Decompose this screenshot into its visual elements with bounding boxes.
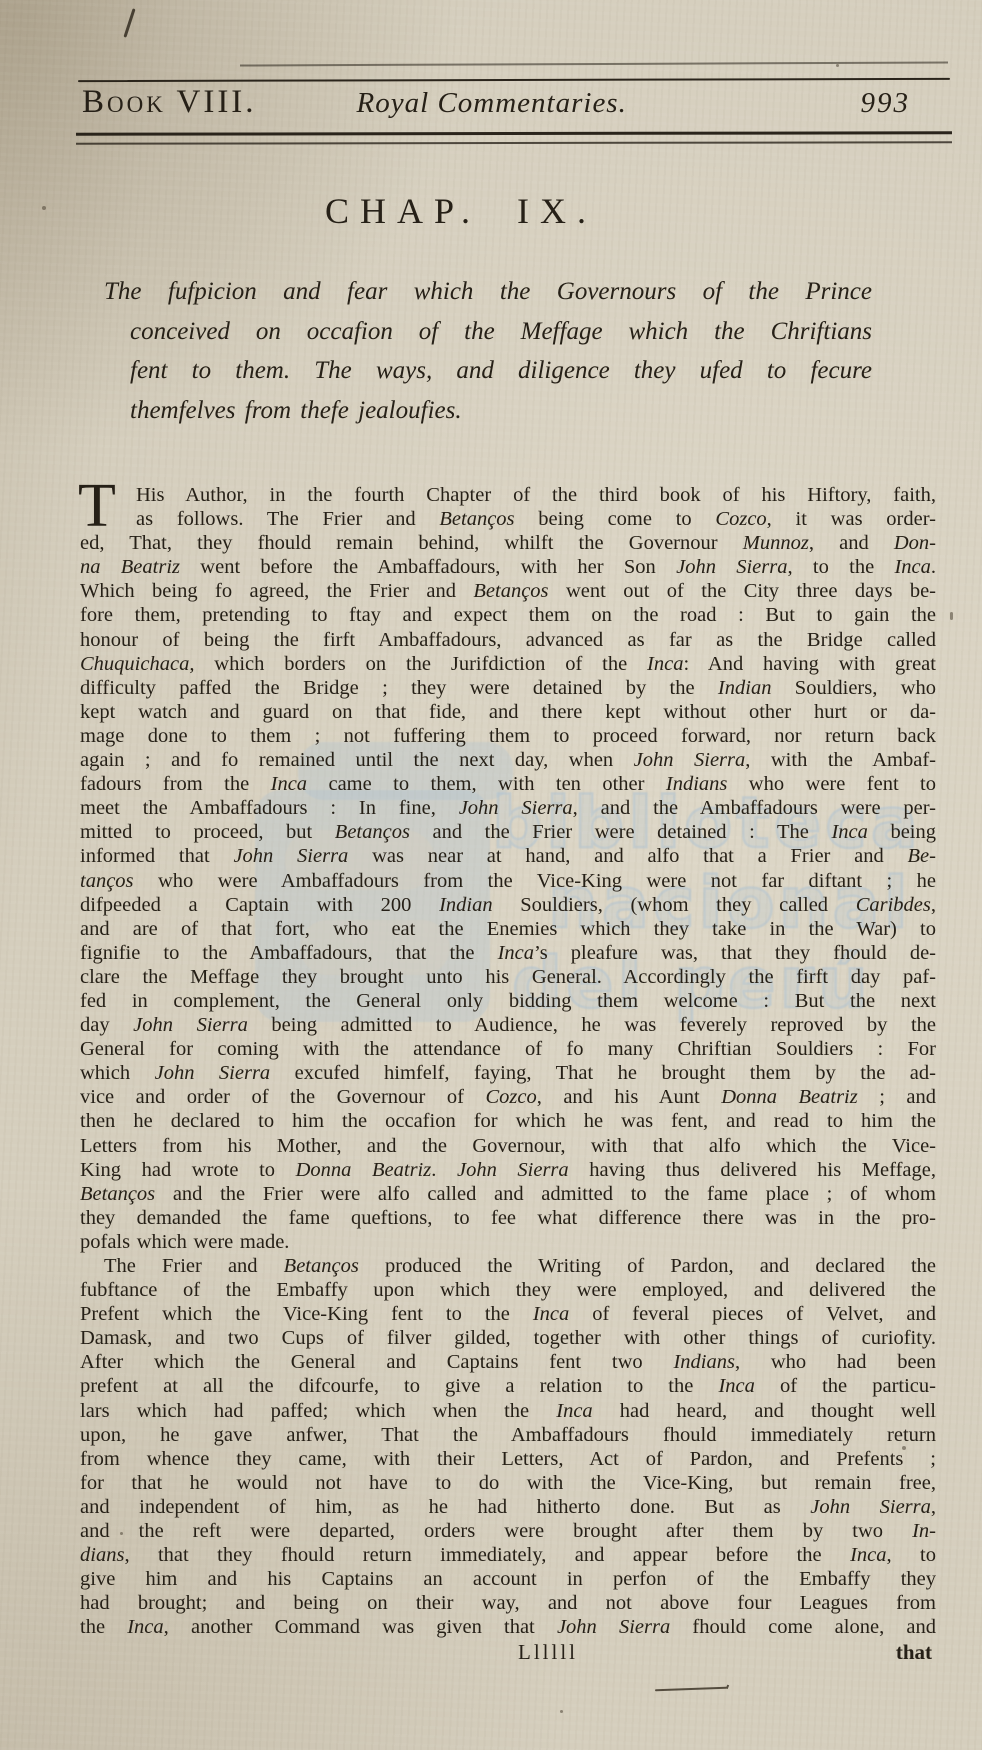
- italic-text-segment: tanços: [80, 870, 134, 892]
- italic-text-segment: Donna Beatriz: [721, 1086, 858, 1108]
- text-segment: fed in complement, the General only bidd…: [80, 990, 936, 1012]
- paper-speck: [836, 64, 839, 67]
- italic-text-segment: John Sierra: [810, 1496, 931, 1518]
- text-segment: Prefent which the Vice-King fent to the: [80, 1303, 533, 1325]
- text-segment: , that they fhould return immediately, a…: [124, 1544, 850, 1566]
- italic-text-segment: John Sierra: [155, 1062, 271, 1084]
- italic-text-segment: Chuquichaca,: [80, 653, 194, 675]
- text-line: Damask, and two Cups of filver gilded, t…: [80, 1326, 936, 1350]
- text-line: which John Sierra excufed himfelf, fayin…: [80, 1061, 936, 1085]
- text-segment: went out of the City three days be-: [549, 580, 936, 602]
- text-segment: fhould come alone, and: [670, 1616, 936, 1638]
- italic-text-segment: na Beatriz: [80, 556, 180, 578]
- italic-text-segment: Betanços: [439, 508, 514, 530]
- text-segment: who were Ambaffadours from the Vice-King…: [134, 870, 936, 892]
- italic-text-segment: Caribdes: [856, 894, 931, 916]
- text-line: General for coming with the attendance o…: [80, 1037, 936, 1061]
- text-line: themfelves from thefe jealoufies.: [104, 391, 872, 431]
- text-segment: , with the Ambaf-: [745, 749, 936, 771]
- text-segment: ; and: [858, 1086, 936, 1108]
- text-line: kept watch and guard on that fide, and t…: [80, 700, 936, 724]
- text-segment: fent to them. The ways, and diligence th…: [130, 357, 872, 384]
- text-segment: which borders on the Jurifdiction of the: [194, 653, 647, 675]
- text-segment: King had wrote to: [80, 1159, 296, 1181]
- text-line: His Author, in the fourth Chapter of the…: [80, 483, 936, 507]
- text-segment: clare the Meffage they brought unto his …: [80, 966, 936, 988]
- text-line: upon, he gave anfwer, That the Ambaffado…: [80, 1423, 936, 1447]
- chapter-argument: The fufpicion and fear which the Governo…: [104, 272, 872, 430]
- text-line: conceived on occafion of the Meffage whi…: [104, 312, 872, 352]
- italic-text-segment: dians: [80, 1544, 124, 1566]
- italic-text-segment: John Sierra: [133, 1014, 248, 1036]
- italic-text-segment: Indians: [666, 773, 728, 795]
- italic-text-segment: Munnoz: [743, 532, 809, 554]
- ink-mark: [123, 8, 135, 37]
- text-line: lars which had paffed; which when the In…: [80, 1399, 936, 1423]
- text-line: honour of being the firft Ambaffadours, …: [80, 628, 936, 652]
- text-line: as follows. The Frier and Betanços being…: [80, 507, 936, 531]
- text-line: Betanços and the Frier were alfo called …: [80, 1182, 936, 1206]
- text-segment: and the Frier were detained : The: [410, 821, 831, 843]
- header-rule-top: [78, 78, 950, 82]
- text-segment: of the particu-: [755, 1375, 936, 1397]
- text-segment: for that he would not have to do with th…: [80, 1472, 936, 1494]
- text-line: from whence they came, with their Letter…: [80, 1447, 936, 1471]
- text-segment: Letters from his Mother, and the Governo…: [80, 1135, 936, 1157]
- text-segment: mitted to proceed, but: [80, 821, 335, 843]
- text-line: The Frier and Betanços produced the Writ…: [80, 1254, 936, 1278]
- italic-text-segment: Indian: [718, 677, 772, 699]
- text-line: they demanded the fame queftions, to fee…: [80, 1206, 936, 1230]
- italic-text-segment: Indians: [673, 1351, 735, 1373]
- text-line: for that he would not have to do with th…: [80, 1471, 936, 1495]
- text-segment: vice and order of the Governour of: [80, 1086, 485, 1108]
- italic-text-segment: Inca: [533, 1303, 569, 1325]
- text-segment: pofals which were made.: [80, 1231, 289, 1253]
- running-title: Royal Commentaries.: [357, 87, 627, 120]
- text-line: After which the General and Captains fen…: [80, 1350, 936, 1374]
- text-segment: , to the: [787, 556, 894, 578]
- text-line: fed in complement, the General only bidd…: [80, 989, 936, 1013]
- text-segment: meet the Ambaffadours : In fine,: [80, 797, 459, 819]
- text-segment: , and his Aunt: [537, 1086, 722, 1108]
- text-line: and are of that fort, who eat the Enemie…: [80, 917, 936, 941]
- text-segment: being: [868, 821, 936, 843]
- paper-speck: [950, 612, 953, 620]
- page-number: 993: [861, 87, 911, 120]
- text-line: clare the Meffage they brought unto his …: [80, 965, 936, 989]
- italic-text-segment: Cozco: [485, 1086, 536, 1108]
- italic-text-segment: Betanços: [473, 580, 548, 602]
- text-segment: fignifie to the Ambaffadours, that the: [80, 942, 498, 964]
- text-segment: they demanded the fame queftions, to fee…: [80, 1207, 936, 1229]
- text-segment: themfelves from thefe jealoufies.: [130, 397, 462, 424]
- italic-text-segment: Donna Beatriz: [296, 1159, 432, 1181]
- text-segment: had heard, and thought well: [593, 1400, 936, 1422]
- text-segment: which: [80, 1062, 155, 1084]
- italic-text-segment: John Sierra: [233, 845, 348, 867]
- text-segment: .: [931, 556, 936, 578]
- text-line: Letters from his Mother, and the Governo…: [80, 1134, 936, 1158]
- text-line: had brought; and being on their way, and…: [80, 1591, 936, 1615]
- text-line: ed, That, they fhould remain behind, whi…: [80, 531, 936, 555]
- italic-text-segment: Inca: [718, 1375, 754, 1397]
- italic-text-segment: In-: [912, 1520, 936, 1542]
- text-line: the Inca, another Command was given that…: [80, 1615, 936, 1639]
- text-line: King had wrote to Donna Beatriz. John Si…: [80, 1158, 936, 1182]
- text-segment: ed, That, they fhould remain behind, whi…: [80, 532, 743, 554]
- text-segment: , and: [809, 532, 894, 554]
- italic-text-segment: Inca: [850, 1544, 886, 1566]
- text-segment: His Author, in the fourth Chapter of the…: [136, 484, 936, 506]
- text-segment: the: [80, 1616, 127, 1638]
- body-text: His Author, in the fourth Chapter of the…: [80, 483, 936, 1640]
- text-segment: , it was order-: [767, 508, 936, 530]
- paragraph-1: His Author, in the fourth Chapter of the…: [80, 483, 936, 1254]
- text-segment: Souldiers, who: [771, 677, 936, 699]
- text-segment: : And having with great: [683, 653, 936, 675]
- text-line: na Beatriz went before the Ambaffadours,…: [80, 555, 936, 579]
- chapter-heading: CHAP. IX.: [0, 190, 922, 232]
- text-line: give him and his Captains an account in …: [80, 1567, 936, 1591]
- text-line: dians, that they fhould return immediate…: [80, 1543, 936, 1567]
- catchword: that: [896, 1640, 932, 1665]
- italic-text-segment: John Sierra: [557, 1616, 670, 1638]
- text-segment: being come to: [515, 508, 716, 530]
- text-segment: produced the Writing of Pardon, and decl…: [359, 1255, 936, 1277]
- text-segment: The Frier and: [104, 1255, 284, 1277]
- text-segment: Souldiers, (whom they called: [493, 894, 856, 916]
- text-line: fore them, pretending to ftay and expect…: [80, 603, 936, 627]
- text-segment: and the reft were departed, orders were …: [80, 1520, 912, 1542]
- text-segment: having thus delivered his Meffage,: [569, 1159, 936, 1181]
- text-segment: day: [80, 1014, 133, 1036]
- text-segment: ,: [931, 1496, 936, 1518]
- text-line: Chuquichaca, which borders on the Jurifd…: [80, 652, 936, 676]
- book-label: Book VIII.: [82, 84, 257, 121]
- italic-text-segment: Inca: [127, 1616, 163, 1638]
- text-segment: conceived on occafion of the Meffage whi…: [130, 318, 872, 345]
- text-line: tanços who were Ambaffadours from the Vi…: [80, 869, 936, 893]
- text-segment: who were fent to: [727, 773, 936, 795]
- text-line: fignifie to the Ambaffadours, that the I…: [80, 941, 936, 965]
- text-segment: fore them, pretending to ftay and expect…: [80, 604, 936, 626]
- text-line: mitted to proceed, but Betanços and the …: [80, 820, 936, 844]
- text-segment: After which the General and Captains fen…: [80, 1351, 673, 1373]
- text-line: The fufpicion and fear which the Governo…: [104, 272, 872, 312]
- text-segment: of feveral pieces of Velvet, and: [569, 1303, 936, 1325]
- text-line: and the reft were departed, orders were …: [80, 1519, 936, 1543]
- italic-text-segment: Inca: [498, 942, 534, 964]
- italic-text-segment: Betanços: [80, 1183, 155, 1205]
- text-line: fubftance of the Embaffy upon which they…: [80, 1278, 936, 1302]
- text-segment: came to them, with ten other: [307, 773, 666, 795]
- text-segment: being admitted to Audience, he was fever…: [248, 1014, 936, 1036]
- italic-text-segment: Inca: [647, 653, 683, 675]
- italic-text-segment: Indian: [439, 894, 493, 916]
- text-line: and independent of him, as he had hither…: [80, 1495, 936, 1519]
- paragraph-2: The Frier and Betanços produced the Writ…: [80, 1254, 936, 1640]
- running-header: Book VIII. Royal Commentaries. 993: [82, 84, 932, 121]
- text-segment: .: [431, 1159, 457, 1181]
- italic-text-segment: Inca: [556, 1400, 592, 1422]
- text-segment: then he declared to him the occafion for…: [80, 1110, 936, 1132]
- text-line: fadours from the Inca came to them, with…: [80, 772, 936, 796]
- text-line: difpeeded a Captain with 200 Indian Soul…: [80, 893, 936, 917]
- italic-text-segment: John Sierra: [459, 797, 573, 819]
- text-segment: give him and his Captains an account in …: [80, 1568, 936, 1590]
- italic-text-segment: Inca: [894, 556, 930, 578]
- text-line: day John Sierra being admitted to Audien…: [80, 1013, 936, 1037]
- text-line: meet the Ambaffadours : In fine, John Si…: [80, 796, 936, 820]
- text-segment: mage done to them ; not fuffering them t…: [80, 725, 936, 747]
- text-line: again ; and fo remained until the next d…: [80, 748, 936, 772]
- footer-line: Llllll that: [80, 1640, 936, 1666]
- italic-text-segment: Cozco: [715, 508, 766, 530]
- text-line: Which being fo agreed, the Frier and Bet…: [80, 579, 936, 603]
- text-segment: , who had been: [735, 1351, 936, 1373]
- text-line: Prefent which the Vice-King fent to the …: [80, 1302, 936, 1326]
- italic-text-segment: Inca: [271, 773, 307, 795]
- text-line: prefent at all the difcourfe, to give a …: [80, 1374, 936, 1398]
- text-segment: fubftance of the Embaffy upon which they…: [80, 1279, 936, 1301]
- text-segment: , another Command was given that: [164, 1616, 557, 1638]
- text-segment: honour of being the firft Ambaffadours, …: [80, 629, 936, 651]
- text-segment: Which being fo agreed, the Frier and: [80, 580, 473, 602]
- text-segment: fadours from the: [80, 773, 271, 795]
- italic-text-segment: John Sierra: [634, 749, 746, 771]
- text-segment: The fufpicion and fear which the Governo…: [104, 278, 872, 305]
- text-line: mage done to them ; not fuffering them t…: [80, 724, 936, 748]
- text-segment: , and the Ambaffadours were per-: [573, 797, 936, 819]
- text-segment: prefent at all the difcourfe, to give a …: [80, 1375, 718, 1397]
- signature-mark: Llllll: [518, 1640, 578, 1665]
- text-segment: difficulty paffed the Bridge ; they were…: [80, 677, 718, 699]
- text-segment: had brought; and being on their way, and…: [80, 1592, 936, 1614]
- text-segment: and the Frier were alfo called and admit…: [155, 1183, 936, 1205]
- italic-text-segment: Be-: [908, 845, 936, 867]
- text-line: pofals which were made.: [80, 1230, 936, 1254]
- text-segment: , to: [887, 1544, 936, 1566]
- text-line: difficulty paffed the Bridge ; they were…: [80, 676, 936, 700]
- text-segment: General for coming with the attendance o…: [80, 1038, 936, 1060]
- text-segment: kept watch and guard on that fide, and t…: [80, 701, 936, 723]
- text-line: fent to them. The ways, and diligence th…: [104, 351, 872, 391]
- ink-dash-mark: [655, 1687, 727, 1692]
- italic-text-segment: Betanços: [284, 1255, 359, 1277]
- text-line: vice and order of the Governour of Cozco…: [80, 1085, 936, 1109]
- text-segment: went before the Ambaffadours, with her S…: [180, 556, 676, 578]
- paper-speck: [560, 1710, 563, 1713]
- text-segment: and are of that fort, who eat the Enemie…: [80, 918, 936, 940]
- text-segment: ,: [931, 894, 936, 916]
- text-segment: as follows. The Frier and: [136, 508, 439, 530]
- header-rule-faint: [240, 61, 948, 66]
- book-page-scan: biblioteca nacional del perú Book VIII. …: [0, 0, 982, 1750]
- text-segment: Damask, and two Cups of filver gilded, t…: [80, 1327, 936, 1349]
- text-segment: again ; and fo remained until the next d…: [80, 749, 634, 771]
- text-segment: and independent of him, as he had hither…: [80, 1496, 810, 1518]
- text-segment: upon, he gave anfwer, That the Ambaffado…: [80, 1424, 936, 1446]
- text-segment: from whence they came, with their Letter…: [80, 1448, 936, 1470]
- text-segment: excufed himfelf, faying, That he brought…: [270, 1062, 936, 1084]
- text-segment: informed that: [80, 845, 233, 867]
- italic-text-segment: Don-: [894, 532, 936, 554]
- italic-text-segment: Betanços: [335, 821, 410, 843]
- text-segment: lars which had paffed; which when the: [80, 1400, 556, 1422]
- text-line: then he declared to him the occafion for…: [80, 1109, 936, 1133]
- italic-text-segment: Inca: [831, 821, 867, 843]
- italic-text-segment: John Sierra: [457, 1159, 569, 1181]
- text-segment: difpeeded a Captain with 200: [80, 894, 439, 916]
- text-segment: ’s pleafure was, that they fhould de-: [534, 942, 936, 964]
- text-segment: was near at hand, and alfo that a Frier …: [348, 845, 907, 867]
- text-line: informed that John Sierra was near at ha…: [80, 844, 936, 868]
- header-rule-bottom: [76, 131, 952, 145]
- italic-text-segment: John Sierra: [676, 556, 787, 578]
